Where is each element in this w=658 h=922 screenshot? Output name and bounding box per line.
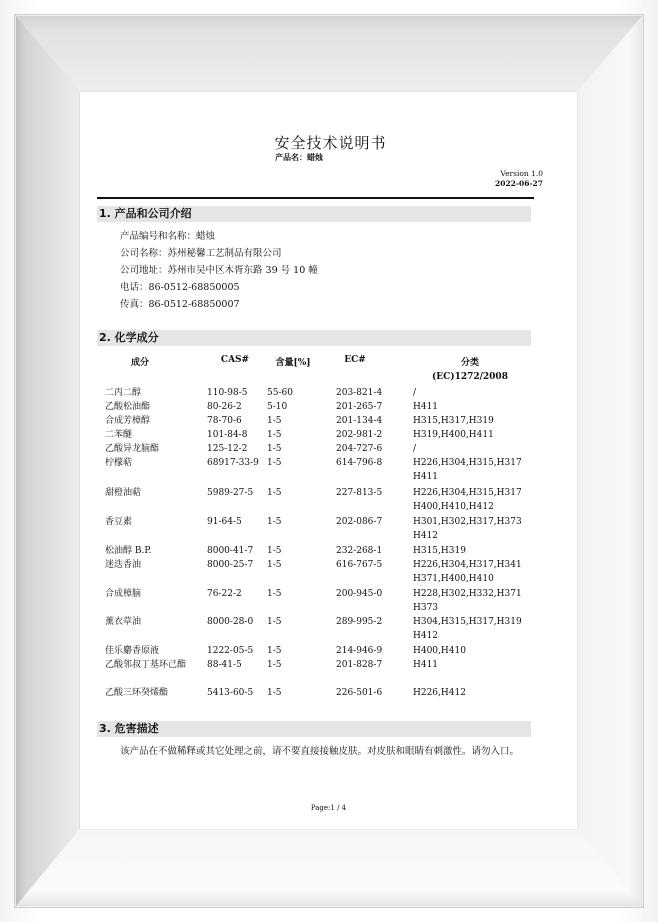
cell-classification: H228,H302,H332,H371 xyxy=(413,587,522,601)
col-header-ec: EC# xyxy=(335,355,375,365)
cell-name: 合成樟脑 xyxy=(105,587,205,601)
col-header-content: 含量[%] xyxy=(268,355,318,368)
document-page: 安全技术说明书 产品名：蜡烛 Version 1.0 2022-06-27 1.… xyxy=(80,92,577,829)
cell-ec: 203-821-4 xyxy=(336,386,382,400)
cell-ec: 226-501-6 xyxy=(336,686,382,700)
cell-classification-cont: H411 xyxy=(413,470,438,484)
cell-ec: 202-086-7 xyxy=(336,515,382,529)
cell-cas: 5413-60-5 xyxy=(207,686,253,700)
fax-line: 传真：86-0512-68850007 xyxy=(120,296,240,313)
cell-classification-cont: H373 xyxy=(413,601,438,615)
cell-name: 二苯醚 xyxy=(105,428,205,442)
section-3-title: 3. 危害描述 xyxy=(97,721,531,737)
section-1-header: 1. 产品和公司介绍 xyxy=(97,206,531,222)
product-code-line: 产品编号和名称：蜡烛 xyxy=(120,228,215,245)
cell-content: 1-5 xyxy=(267,414,282,428)
cell-name: 柠檬萜 xyxy=(105,456,205,470)
cell-cas: 8000-41-7 xyxy=(207,544,253,558)
cell-content: 1-5 xyxy=(267,486,282,500)
cell-classification-cont: H400,H410,H412 xyxy=(413,500,494,514)
document-date: 2022-06-27 xyxy=(495,179,543,188)
cell-content: 1-5 xyxy=(267,428,282,442)
cell-ec: 616-767-5 xyxy=(336,558,382,572)
cell-content: 1-5 xyxy=(267,658,282,672)
cell-content: 1-5 xyxy=(267,456,282,470)
cell-cas: 101-84-8 xyxy=(207,428,247,442)
section-2-header: 2. 化学成分 xyxy=(97,330,531,346)
phone-line: 电话：86-0512-68850005 xyxy=(120,279,240,296)
company-name-line: 公司名称：苏州秘馨工艺制品有限公司 xyxy=(120,245,282,262)
cell-cas: 1222-05-5 xyxy=(207,644,253,658)
col-header-classification: 分类 xyxy=(430,355,510,368)
cell-cas: 78-70-6 xyxy=(207,414,242,428)
col-header-classification-sub: (EC)1272/2008 xyxy=(425,372,515,382)
cell-content: 1-5 xyxy=(267,558,282,572)
cell-name: 迷迭香油 xyxy=(105,558,205,572)
col-header-name: 成分 xyxy=(120,355,160,368)
cell-classification: H319,H400,H411 xyxy=(413,428,494,442)
cell-content: 1-5 xyxy=(267,442,282,456)
cell-name: 乙酸邻叔丁基环己酯 xyxy=(105,658,195,672)
cell-content: 55-60 xyxy=(267,386,293,400)
cell-ec: 214-946-9 xyxy=(336,644,382,658)
cell-ec: 201-134-4 xyxy=(336,414,382,428)
cell-classification: H301,H302,H317,H373 xyxy=(413,515,522,529)
cell-classification: H226,H304,H317,H341 xyxy=(413,558,522,572)
cell-classification: H411 xyxy=(413,658,438,672)
cell-classification-cont: H412 xyxy=(413,529,438,543)
hazard-description: 该产品在不做稀释或其它处理之前，请不要直接接触皮肤。对皮肤和眼睛有刺激性。请勿入… xyxy=(120,743,540,760)
cell-ec: 232-268-1 xyxy=(336,544,382,558)
cell-classification: H315,H319 xyxy=(413,544,466,558)
cell-content: 5-10 xyxy=(267,400,287,414)
section-3-header: 3. 危害描述 xyxy=(97,721,531,737)
cell-cas: 8000-25-7 xyxy=(207,558,253,572)
cell-ec: 227-813-5 xyxy=(336,486,382,500)
cell-name: 乙酸三环癸烯酯 xyxy=(105,686,205,700)
cell-classification-cont: H412 xyxy=(413,629,438,643)
cell-content: 1-5 xyxy=(267,615,282,629)
cell-name: 合成芳樟醇 xyxy=(105,414,205,428)
cell-classification: / xyxy=(413,442,416,456)
cell-cas: 110-98-5 xyxy=(207,386,247,400)
cell-ec: 201-828-7 xyxy=(336,658,382,672)
cell-cas: 125-12-2 xyxy=(207,442,247,456)
cell-ec: 204-727-6 xyxy=(336,442,382,456)
col-header-cas: CAS# xyxy=(215,355,255,365)
cell-ec: 201-265-7 xyxy=(336,400,382,414)
section-2-title: 2. 化学成分 xyxy=(97,330,531,346)
cell-cas: 5989-27-5 xyxy=(207,486,253,500)
product-name: 产品名：蜡烛 xyxy=(275,152,323,163)
cell-content: 1-5 xyxy=(267,544,282,558)
document-title: 安全技术说明书 xyxy=(80,132,579,153)
cell-name: 甜橙油萜 xyxy=(105,486,205,500)
page-number: Page:1 / 4 xyxy=(80,804,577,812)
cell-ec: 289-995-2 xyxy=(336,615,382,629)
cell-name: 佳乐麝香原液 xyxy=(105,644,205,658)
cell-cas: 68917-33-9 xyxy=(207,456,259,470)
section-1-title: 1. 产品和公司介绍 xyxy=(97,206,531,222)
header-rule xyxy=(97,197,534,199)
cell-name: 松油醇 B.P. xyxy=(105,544,205,558)
cell-cas: 76-22-2 xyxy=(207,587,242,601)
company-address-line: 公司地址：苏州市吴中区木胥东路 39 号 10 幢 xyxy=(120,262,318,279)
cell-content: 1-5 xyxy=(267,686,282,700)
cell-name: 薰衣草油 xyxy=(105,615,205,629)
cell-cas: 80-26-2 xyxy=(207,400,242,414)
cell-cas: 8000-28-0 xyxy=(207,615,253,629)
cell-classification: H315,H317,H319 xyxy=(413,414,494,428)
cell-classification: H226,H304,H315,H317 xyxy=(413,486,522,500)
cell-content: 1-5 xyxy=(267,515,282,529)
cell-classification: H226,H304,H315,H317 xyxy=(413,456,522,470)
cell-cas: 91-64-5 xyxy=(207,515,242,529)
cell-name: 乙酸异龙脑酯 xyxy=(105,442,205,456)
cell-cas: 88-41-5 xyxy=(207,658,242,672)
cell-classification-cont: H371,H400,H410 xyxy=(413,572,494,586)
cell-ec: 202-981-2 xyxy=(336,428,382,442)
cell-content: 1-5 xyxy=(267,587,282,601)
cell-ec: 200-945-0 xyxy=(336,587,382,601)
version-label: Version 1.0 xyxy=(500,169,543,178)
cell-ec: 614-796-8 xyxy=(336,456,382,470)
cell-name: 香豆素 xyxy=(105,515,205,529)
cell-classification: H411 xyxy=(413,400,438,414)
cell-content: 1-5 xyxy=(267,644,282,658)
cell-classification: / xyxy=(413,386,416,400)
cell-name: 二丙二醇 xyxy=(105,386,205,400)
cell-classification: H304,H315,H317,H319 xyxy=(413,615,522,629)
cell-name: 乙酸松油酯 xyxy=(105,400,205,414)
cell-classification: H400,H410 xyxy=(413,644,466,658)
cell-classification: H226,H412 xyxy=(413,686,466,700)
